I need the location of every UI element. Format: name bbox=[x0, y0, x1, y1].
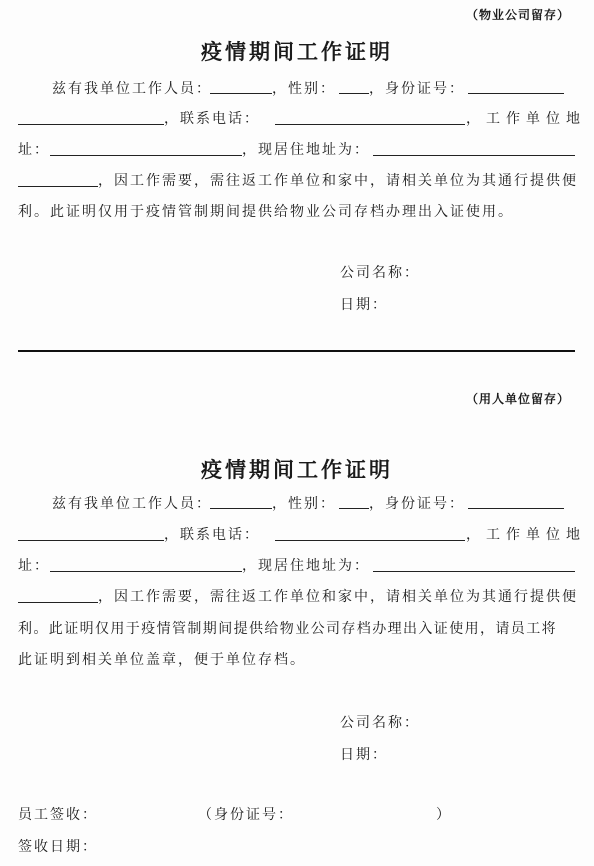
home-address-field[interactable] bbox=[373, 571, 575, 572]
label-gender: ，性别： bbox=[272, 495, 336, 513]
phone-field[interactable] bbox=[275, 540, 465, 541]
sign-date-label: 签收日期： bbox=[18, 838, 98, 856]
label-phone: ，联系电话： bbox=[164, 110, 260, 128]
document-title: 疫情期间工作证明 bbox=[0, 36, 594, 66]
id-number-field[interactable] bbox=[468, 508, 564, 509]
home-address-field[interactable] bbox=[373, 155, 575, 156]
date-label: 日期： bbox=[340, 746, 388, 764]
id-number-paren-close: ） bbox=[436, 806, 452, 824]
company-name-label: 公司名称： bbox=[340, 264, 420, 282]
id-number-field[interactable] bbox=[468, 93, 564, 94]
label-id: ，身份证号： bbox=[369, 80, 465, 98]
date-label: 日期： bbox=[340, 296, 388, 314]
employee-name-field[interactable] bbox=[210, 93, 272, 94]
label-work-address: ，工作单位地 bbox=[466, 526, 586, 544]
company-name-label: 公司名称： bbox=[340, 714, 420, 732]
label-address-cont: 址： bbox=[18, 141, 50, 159]
gender-field[interactable] bbox=[339, 508, 369, 509]
label-work-address: ，工作单位地 bbox=[466, 110, 586, 128]
work-address-field[interactable] bbox=[50, 571, 242, 572]
id-number-paren-label: （身份证号： bbox=[198, 806, 294, 824]
home-address-field-cont[interactable] bbox=[18, 186, 98, 187]
copy-note: （物业公司留存） bbox=[466, 6, 570, 23]
phone-field[interactable] bbox=[275, 124, 465, 125]
label-gender: ，性别： bbox=[272, 80, 336, 98]
id-number-field-cont[interactable] bbox=[18, 124, 164, 125]
employee-name-field[interactable] bbox=[210, 508, 272, 509]
employee-sign-label: 员工签收： bbox=[18, 806, 98, 824]
label-address-cont: 址： bbox=[18, 557, 50, 575]
body-text: 利。此证明仅用于疫情管制期间提供给物业公司存档办理出入证使用。 bbox=[18, 203, 514, 221]
label-id: ，身份证号： bbox=[369, 495, 465, 513]
work-address-field[interactable] bbox=[50, 155, 242, 156]
id-number-field-cont[interactable] bbox=[18, 540, 164, 541]
cut-line-divider bbox=[18, 350, 575, 352]
label-phone: ，联系电话： bbox=[164, 526, 260, 544]
body-text: ，因工作需要，需往返工作单位和家中，请相关单位为其通行提供便 bbox=[98, 172, 578, 190]
copy-note: （用人单位留存） bbox=[466, 390, 570, 407]
label-home-address: ，现居住地址为： bbox=[242, 557, 370, 575]
label-employee: 兹有我单位工作人员： bbox=[52, 495, 212, 513]
home-address-field-cont[interactable] bbox=[18, 602, 98, 603]
body-text: ，因工作需要，需往返工作单位和家中，请相关单位为其通行提供便 bbox=[98, 588, 578, 606]
body-text: 此证明到相关单位盖章，便于单位存档。 bbox=[18, 651, 306, 669]
label-employee: 兹有我单位工作人员： bbox=[52, 80, 212, 98]
gender-field[interactable] bbox=[339, 93, 369, 94]
body-text: 利。此证明仅用于疫情管制期间提供给物业公司存档办理出入证使用，请员工将 bbox=[18, 620, 557, 638]
document-title: 疫情期间工作证明 bbox=[0, 454, 594, 484]
label-home-address: ，现居住地址为： bbox=[242, 141, 370, 159]
